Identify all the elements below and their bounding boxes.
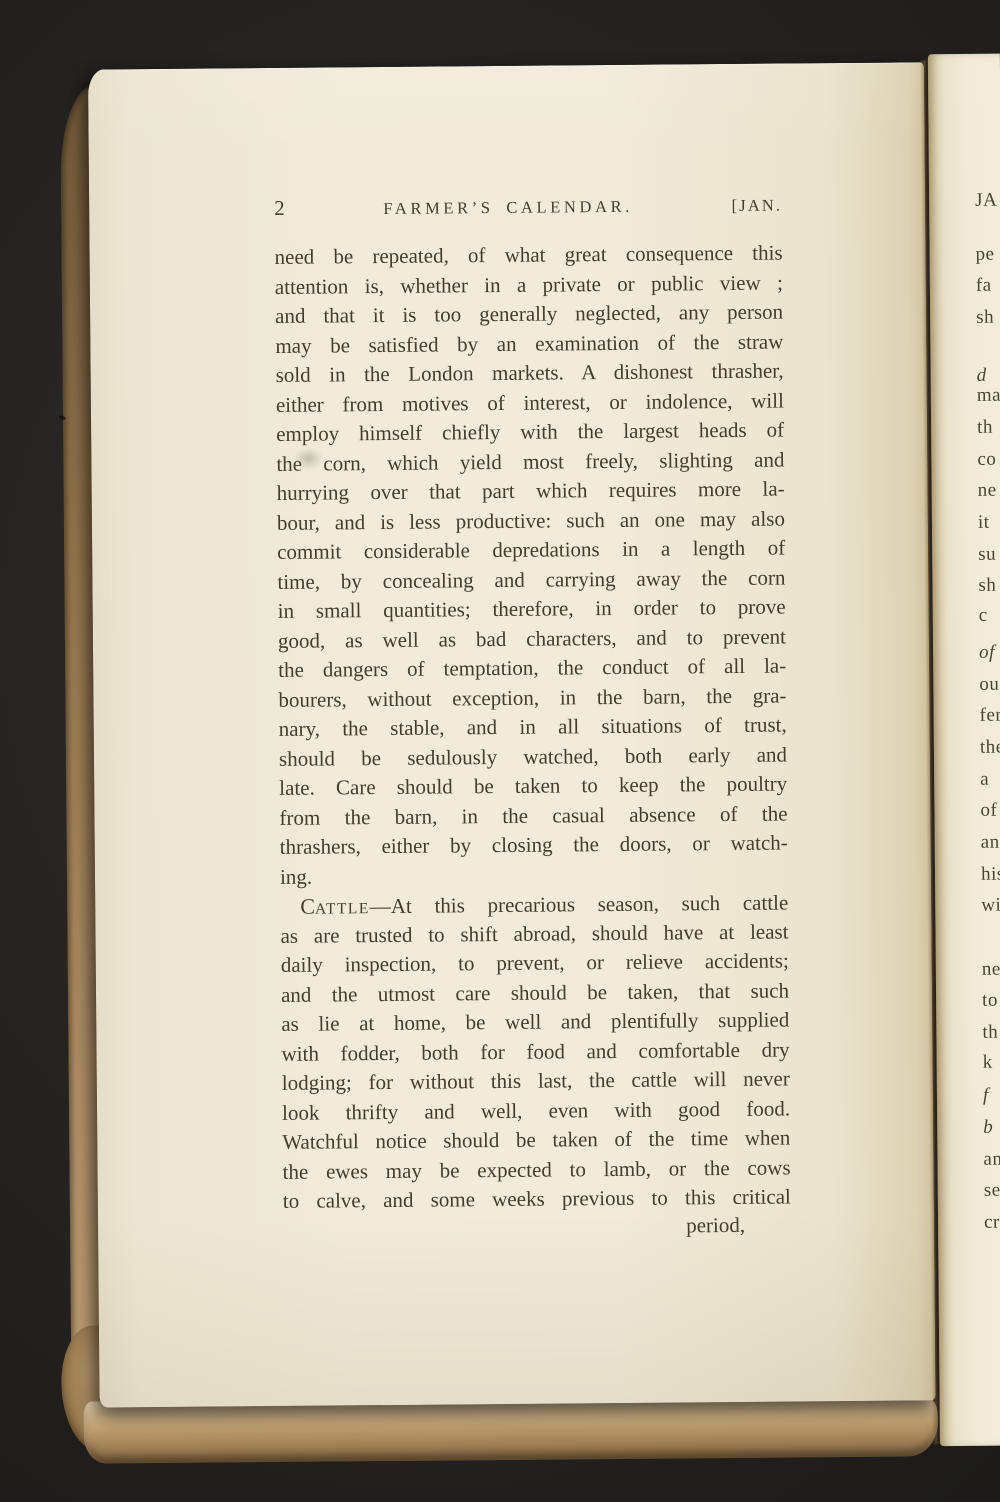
facing-page-text-fragment: a — [980, 769, 989, 791]
text-line: in small quantities; therefore, in order… — [278, 593, 786, 627]
text-line: hurrying over that part which requires m… — [277, 475, 785, 509]
book: 2 FARMER’S CALENDAR. [JAN. need be repea… — [0, 0, 1000, 1502]
running-title: FARMER’S CALENDAR. — [285, 196, 732, 220]
facing-page-text-fragment: fer — [980, 705, 1000, 727]
text-line: employ himself chiefly with the largest … — [276, 416, 784, 450]
facing-page-text-fragment: it — [978, 512, 990, 534]
facing-page-text-fragment: cro — [984, 1212, 1000, 1234]
text-line: and the utmost care should be taken, tha… — [281, 976, 789, 1010]
text-line: thrashers, either by closing the doors, … — [280, 828, 788, 862]
text-line: ing. — [280, 858, 788, 892]
facing-page-text-fragment: of — [979, 642, 995, 664]
facing-page-text-fragment: ou — [979, 674, 999, 696]
page-header: 2 FARMER’S CALENDAR. [JAN. — [274, 192, 782, 226]
smudge-mark — [293, 448, 323, 470]
facing-page-text-fragment: an — [981, 832, 1000, 854]
facing-page-text-fragment: pe — [976, 244, 995, 266]
facing-page-text-fragment: the — [980, 737, 1000, 759]
book-photograph: 2 FARMER’S CALENDAR. [JAN. need be repea… — [0, 0, 1000, 1502]
text-line: nary, the stable, and in all situations … — [279, 710, 787, 744]
facing-page-text-fragment: JA — [975, 190, 997, 212]
facing-page-text-fragment: th — [982, 1022, 998, 1044]
facing-page-text-fragment: sh — [976, 307, 994, 329]
facing-page-text-fragment: see — [984, 1180, 1000, 1202]
text-line: sold in the London markets. A dishonest … — [276, 357, 784, 391]
text-line: may be satisfied by an examination of th… — [275, 327, 783, 361]
facing-page-text-fragment: su — [978, 544, 996, 566]
facing-page-text-fragment: to — [982, 990, 998, 1012]
facing-page-text-fragment: of — [980, 800, 997, 822]
facing-page-text: JApefashdmathconeitsushcofoufertheaofanh… — [928, 54, 1000, 55]
text-line: lodging; for without this last, the catt… — [282, 1064, 790, 1098]
text-line: should be sedulously watched, both early… — [279, 740, 787, 774]
text-line: attention is, whether in a private or pu… — [275, 268, 783, 302]
facing-page-text-fragment: fa — [976, 275, 992, 297]
facing-page-text-fragment: c — [979, 605, 988, 627]
facing-page-text-fragment: ma — [977, 385, 1000, 407]
facing-page-text-fragment: an — [983, 1149, 1000, 1171]
text-line: the corn, which yield most freely, sligh… — [276, 445, 784, 479]
text-line: Watchful notice should be taken of the t… — [282, 1123, 790, 1157]
text-line: and that it is too generally neglected, … — [275, 298, 783, 332]
text-line: from the barn, in the casual absence of … — [279, 799, 787, 833]
text-line: late. Care should be taken to keep the p… — [279, 769, 787, 803]
text-line: the dangers of temptation, the conduct o… — [278, 651, 786, 685]
facing-page-text-fragment: ne — [978, 480, 997, 502]
catchword: period, — [283, 1209, 791, 1243]
text-line: the ewes may be expected to lamb, or the… — [282, 1153, 790, 1187]
book-page: 2 FARMER’S CALENDAR. [JAN. need be repea… — [88, 62, 936, 1407]
facing-page-text-fragment: f — [983, 1085, 989, 1107]
facing-page-text-fragment: sh — [978, 575, 996, 597]
text-line: daily inspection, to prevent, or relieve… — [281, 946, 789, 980]
body-text: need be repeated, of what great conseque… — [274, 239, 790, 1217]
text-line: as lie at home, be well and plentifully … — [281, 1005, 789, 1039]
text-line: need be repeated, of what great conseque… — [274, 239, 782, 273]
text-line: time, by concealing and carrying away th… — [277, 563, 785, 597]
facing-page-text-fragment: his — [981, 864, 1000, 886]
month-marker: [JAN. — [731, 196, 782, 216]
text-line: good, as well as bad characters, and to … — [278, 622, 786, 656]
text-line: as are trusted to shift abroad, should h… — [280, 917, 788, 951]
text-line: commit considerable depredations in a le… — [277, 534, 785, 568]
facing-page-text-fragment: k — [983, 1052, 993, 1074]
facing-page-text-fragment: d — [977, 365, 987, 387]
text-line: look thrifty and well, even with good fo… — [282, 1094, 790, 1128]
facing-page-text-fragment: ne — [982, 959, 1000, 981]
facing-page-text-fragment: co — [977, 449, 996, 471]
page-number: 2 — [274, 196, 285, 221]
text-line: bour, and is less productive: such an on… — [277, 504, 785, 538]
facing-page-text-fragment: b — [983, 1117, 993, 1139]
facing-page-sliver: JApefashdmathconeitsushcofoufertheaofanh… — [928, 54, 1000, 1447]
facing-page-text-fragment: wi — [981, 895, 1000, 917]
text-line: either from motives of interest, or indo… — [276, 386, 784, 420]
facing-page-text-fragment: th — [977, 417, 993, 439]
text-line: CATTLE—At this precarious season, such c… — [280, 887, 788, 921]
text-line: bourers, without exception, in the barn,… — [278, 681, 786, 715]
text-line: with fodder, both for food and comfortab… — [281, 1035, 789, 1069]
